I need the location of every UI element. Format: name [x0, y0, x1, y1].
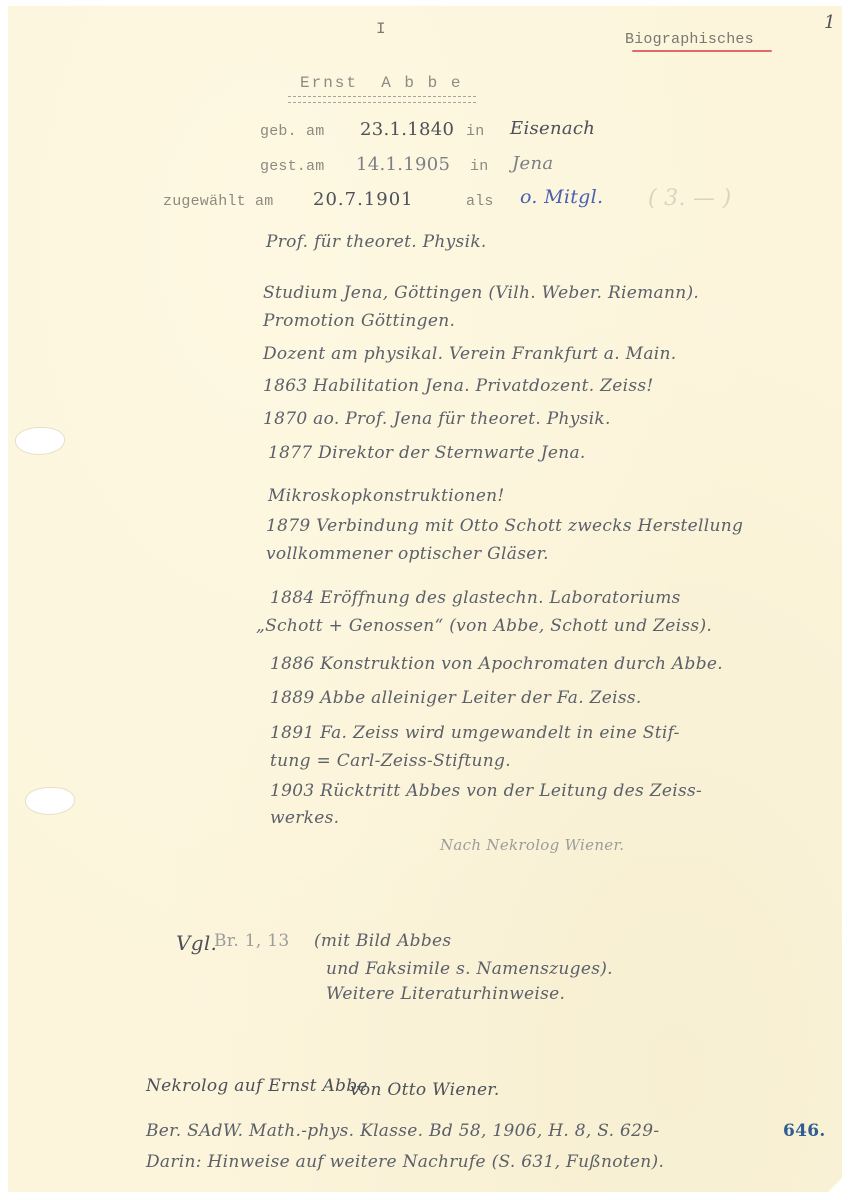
reference-prefix: Vgl.	[176, 931, 217, 955]
born-date: 23.1.1840	[360, 119, 454, 140]
section-numeral: I	[376, 20, 386, 38]
category-label: Biographisches	[625, 31, 754, 48]
died-label: gest.am	[260, 158, 324, 175]
position-title: Prof. für theoret. Physik.	[266, 232, 487, 252]
bio-line: 1863 Habilitation Jena. Privatdozent. Ze…	[263, 376, 654, 396]
membership-status: o. Mitgl.	[520, 186, 603, 208]
elected-as-label: als	[466, 193, 494, 210]
died-place: Jena	[512, 153, 553, 174]
bio-line: 1870 ao. Prof. Jena für theoret. Physik.	[263, 409, 611, 429]
obituary-citation: Ber. SAdW. Math.-phys. Klasse. Bd 58, 19…	[146, 1121, 659, 1141]
born-label: geb. am	[260, 123, 324, 140]
bio-line: 1877 Direktor der Sternwarte Jena.	[268, 443, 586, 463]
died-date: 14.1.1905	[356, 154, 450, 175]
microscopy-line: 1884 Eröffnung des glastechn. Laboratori…	[270, 588, 681, 608]
reference-line: (mit Bild Abbes	[314, 931, 451, 951]
punch-hole-bottom	[26, 788, 74, 814]
person-name: Ernst A b b e	[300, 74, 462, 92]
obituary-title: Nekrolog auf Ernst Abbe	[146, 1076, 368, 1096]
born-in-label: in	[466, 123, 484, 140]
erased-pencil-note: ( 3. — )	[648, 186, 732, 211]
microscopy-line: 1889 Abbe alleiniger Leiter der Fa. Zeis…	[270, 688, 642, 708]
reference-line: und Faksimile s. Namenszuges).	[326, 959, 613, 979]
reference-line: Weitere Literaturhinweise.	[326, 984, 565, 1004]
obituary-note: Darin: Hinweise auf weitere Nachrufe (S.…	[146, 1152, 664, 1172]
paper-corner	[828, 1178, 842, 1192]
microscopy-line: 1891 Fa. Zeiss wird umgewandelt in eine …	[270, 723, 680, 743]
microscopy-line: vollkommener optischer Gläser.	[266, 544, 549, 564]
obituary-citation-end-page: 646.	[783, 1121, 826, 1141]
obituary-author: von Otto Wiener.	[350, 1080, 500, 1100]
born-place: Eisenach	[510, 118, 595, 139]
bio-line: Dozent am physikal. Verein Frankfurt a. …	[263, 344, 676, 364]
microscopy-line: werkes.	[270, 808, 339, 828]
microscopy-heading: Mikroskopkonstruktionen!	[268, 486, 505, 506]
punch-hole-top	[16, 428, 64, 454]
category-underline	[632, 50, 772, 52]
elected-label: zugewählt am	[163, 193, 273, 210]
title-double-underline	[288, 96, 476, 103]
source-note: Nach Nekrolog Wiener.	[440, 836, 624, 854]
document-page: I Biographisches 1 Ernst A b b e geb. am…	[8, 6, 842, 1192]
microscopy-line: 1886 Konstruktion von Apochromaten durch…	[270, 654, 723, 674]
page-number: 1	[824, 12, 836, 33]
reference-citation: Br. 1, 13	[214, 931, 290, 951]
elected-date: 20.7.1901	[313, 189, 414, 210]
microscopy-line: 1903 Rücktritt Abbes von der Leitung des…	[270, 781, 702, 801]
microscopy-line: 1879 Verbindung mit Otto Schott zwecks H…	[266, 516, 743, 536]
microscopy-line: tung = Carl-Zeiss-Stiftung.	[270, 751, 511, 771]
microscopy-line: „Schott + Genossen“ (von Abbe, Schott un…	[256, 616, 712, 636]
bio-line: Studium Jena, Göttingen (Vilh. Weber. Ri…	[263, 283, 699, 303]
bio-line: Promotion Göttingen.	[263, 311, 455, 331]
died-in-label: in	[470, 158, 488, 175]
